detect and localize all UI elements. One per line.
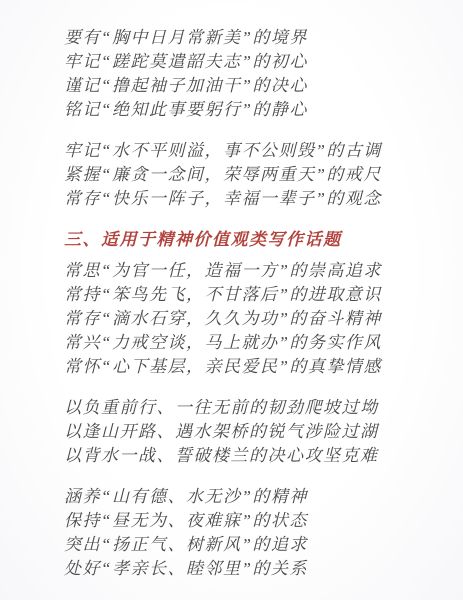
text-line: 牢记“蹉跎莫遣韶夫志”的初心 bbox=[64, 50, 443, 74]
text-line: 常持“笨鸟先飞，不甘落后”的进取意识 bbox=[64, 283, 443, 307]
text-block-1: 要有“胸中日月常新美”的境界 牢记“蹉跎莫遣韶夫志”的初心 谨记“撸起袖子加油干… bbox=[64, 26, 443, 122]
text-line: 要有“胸中日月常新美”的境界 bbox=[64, 26, 443, 50]
text-line: 常存“滴水石穿，久久为功”的奋斗精神 bbox=[64, 307, 443, 331]
text-line: 以逢山开路、遇水架桥的锐气涉险过湖 bbox=[64, 420, 443, 444]
text-line: 处好“孝亲长、睦邻里”的关系 bbox=[64, 557, 443, 581]
text-block-5: 涵养“山有德、水无沙”的精神 保持“昼无为、夜难寐”的状态 突出“扬正气、树新风… bbox=[64, 485, 443, 581]
text-line: 铭记“绝知此事要躬行”的静心 bbox=[64, 98, 443, 122]
text-line: 常怀“心下基层，亲民爱民”的真挚情感 bbox=[64, 355, 443, 379]
text-block-3: 常思“为官一任，造福一方”的崇高追求 常持“笨鸟先飞，不甘落后”的进取意识 常存… bbox=[64, 259, 443, 379]
text-line: 常存“快乐一阵子，幸福一辈子”的观念 bbox=[64, 187, 443, 211]
text-line: 涵养“山有德、水无沙”的精神 bbox=[64, 485, 443, 509]
section-heading: 三、适用于精神价值观类写作话题 bbox=[64, 228, 443, 252]
text-line: 牢记“水不平则溢，事不公则毁”的古调 bbox=[64, 139, 443, 163]
document-page: 要有“胸中日月常新美”的境界 牢记“蹉跎莫遣韶夫志”的初心 谨记“撸起袖子加油干… bbox=[0, 0, 463, 600]
text-block-2: 牢记“水不平则溢，事不公则毁”的古调 紧握“廉贪一念间，荣辱两重天”的戒尺 常存… bbox=[64, 139, 443, 211]
text-line: 紧握“廉贪一念间，荣辱两重天”的戒尺 bbox=[64, 163, 443, 187]
text-block-4: 以负重前行、一往无前的韧劲爬坡过坳 以逢山开路、遇水架桥的锐气涉险过湖 以背水一… bbox=[64, 396, 443, 468]
text-line: 谨记“撸起袖子加油干”的决心 bbox=[64, 74, 443, 98]
text-line: 以负重前行、一往无前的韧劲爬坡过坳 bbox=[64, 396, 443, 420]
text-line: 常思“为官一任，造福一方”的崇高追求 bbox=[64, 259, 443, 283]
text-line: 常兴“力戒空谈，马上就办”的务实作风 bbox=[64, 331, 443, 355]
text-line: 突出“扬正气、树新风”的追求 bbox=[64, 533, 443, 557]
text-line: 以背水一战、誓破楼兰的决心攻坚克难 bbox=[64, 444, 443, 468]
text-line: 保持“昼无为、夜难寐”的状态 bbox=[64, 509, 443, 533]
